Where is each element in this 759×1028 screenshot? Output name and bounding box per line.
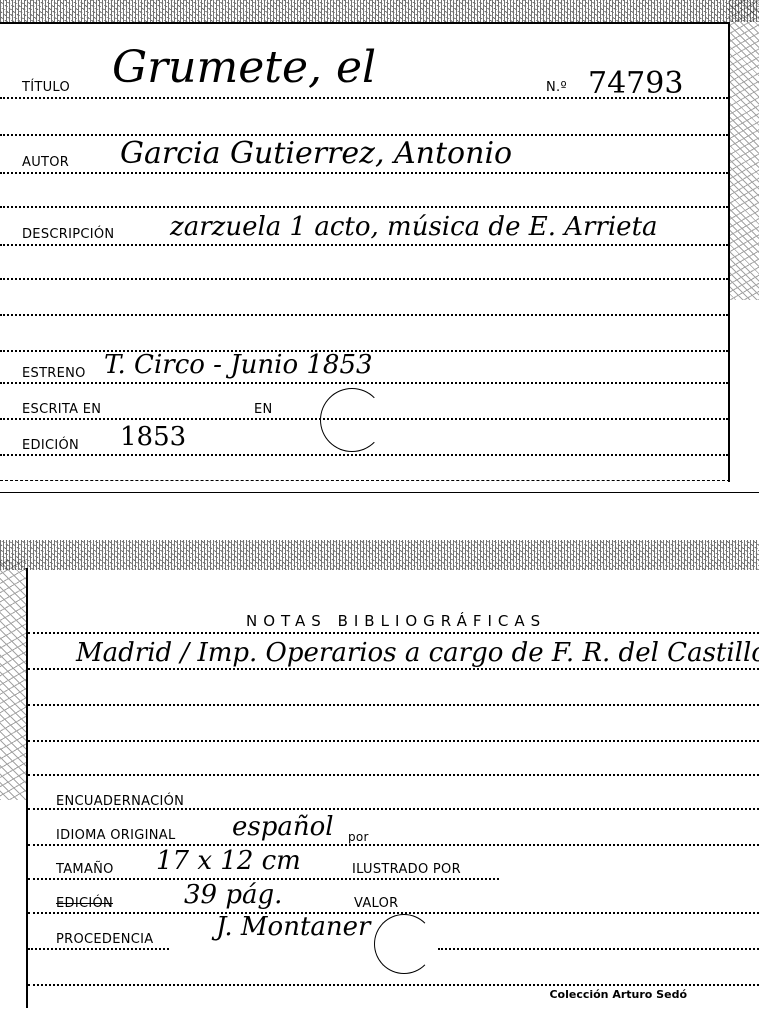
rule-line [0, 454, 728, 456]
tamano-value: 17 x 12 cm [156, 846, 301, 876]
valor-label: Valor [354, 896, 399, 911]
idioma-original-label: Idioma original [56, 828, 176, 843]
rule-line [28, 948, 169, 950]
edicion-label: Edición [56, 896, 113, 911]
autor-label: Autor [22, 155, 69, 170]
rule-line [28, 632, 759, 634]
escrita-en-label: Escrita en [22, 402, 101, 417]
en-label: En [254, 402, 273, 417]
idioma-original-value: español [232, 812, 334, 842]
rule-line [28, 844, 759, 846]
procedencia-value: J. Montaner [216, 912, 370, 942]
estreno-label: Estreno [22, 366, 86, 381]
stamp-circle [320, 388, 384, 452]
rule-line [28, 668, 759, 670]
descripcion-label: Descripción [22, 227, 114, 242]
scan-noise-middle [0, 540, 759, 570]
notes-value: Madrid / Imp. Operarios a cargo de F. R.… [76, 638, 759, 668]
edicion-label: Edición [22, 438, 79, 453]
rule-line [28, 774, 759, 776]
rule-line [0, 244, 728, 246]
numero-value: 74793 [588, 66, 683, 101]
numero-label: N.º [546, 80, 567, 95]
edicion-value: 39 pág. [184, 880, 282, 910]
rule-line [438, 948, 759, 950]
ilustrado-por-label: Ilustrado por [352, 862, 461, 877]
notas-bibliograficas-heading: NOTAS BIBLIOGRÁFICAS [246, 612, 546, 630]
rule-line [0, 172, 728, 174]
por-label: por [348, 830, 369, 844]
edicion-value: 1853 [120, 422, 186, 452]
rule-line [0, 278, 728, 280]
rule-line [28, 912, 759, 914]
estreno-value: T. Circo - Junio 1853 [104, 350, 373, 380]
rule-line [28, 808, 759, 810]
scan-noise-left [0, 560, 26, 800]
rule-line [28, 740, 759, 742]
rule-line [0, 382, 728, 384]
autor-value: Garcia Gutierrez, Antonio [120, 136, 512, 171]
catalog-card-front: Título Grumete, el N.º 74793 Autor Garci… [0, 22, 730, 482]
scan-noise-top [0, 0, 759, 22]
card-separator [0, 492, 759, 493]
catalog-card-back: NOTAS BIBLIOGRÁFICAS Madrid / Imp. Opera… [26, 568, 759, 1008]
rule-line [0, 206, 728, 208]
tamano-label: Tamaño [56, 862, 114, 877]
encuadernacion-label: Encuadernación [56, 794, 184, 809]
procedencia-label: Procedencia [56, 932, 153, 947]
rule-line [28, 704, 759, 706]
descripcion-value: zarzuela 1 acto, música de E. Arrieta [170, 212, 658, 242]
titulo-label: Título [22, 80, 70, 95]
scan-noise-right [728, 0, 759, 300]
rule-line [28, 984, 759, 986]
stamp-circle [374, 914, 434, 974]
titulo-value: Grumete, el [112, 42, 376, 93]
rule-line [0, 314, 728, 316]
card-bottom-edge [0, 480, 730, 481]
collection-credit: Colección Arturo Sedó [549, 988, 687, 1001]
